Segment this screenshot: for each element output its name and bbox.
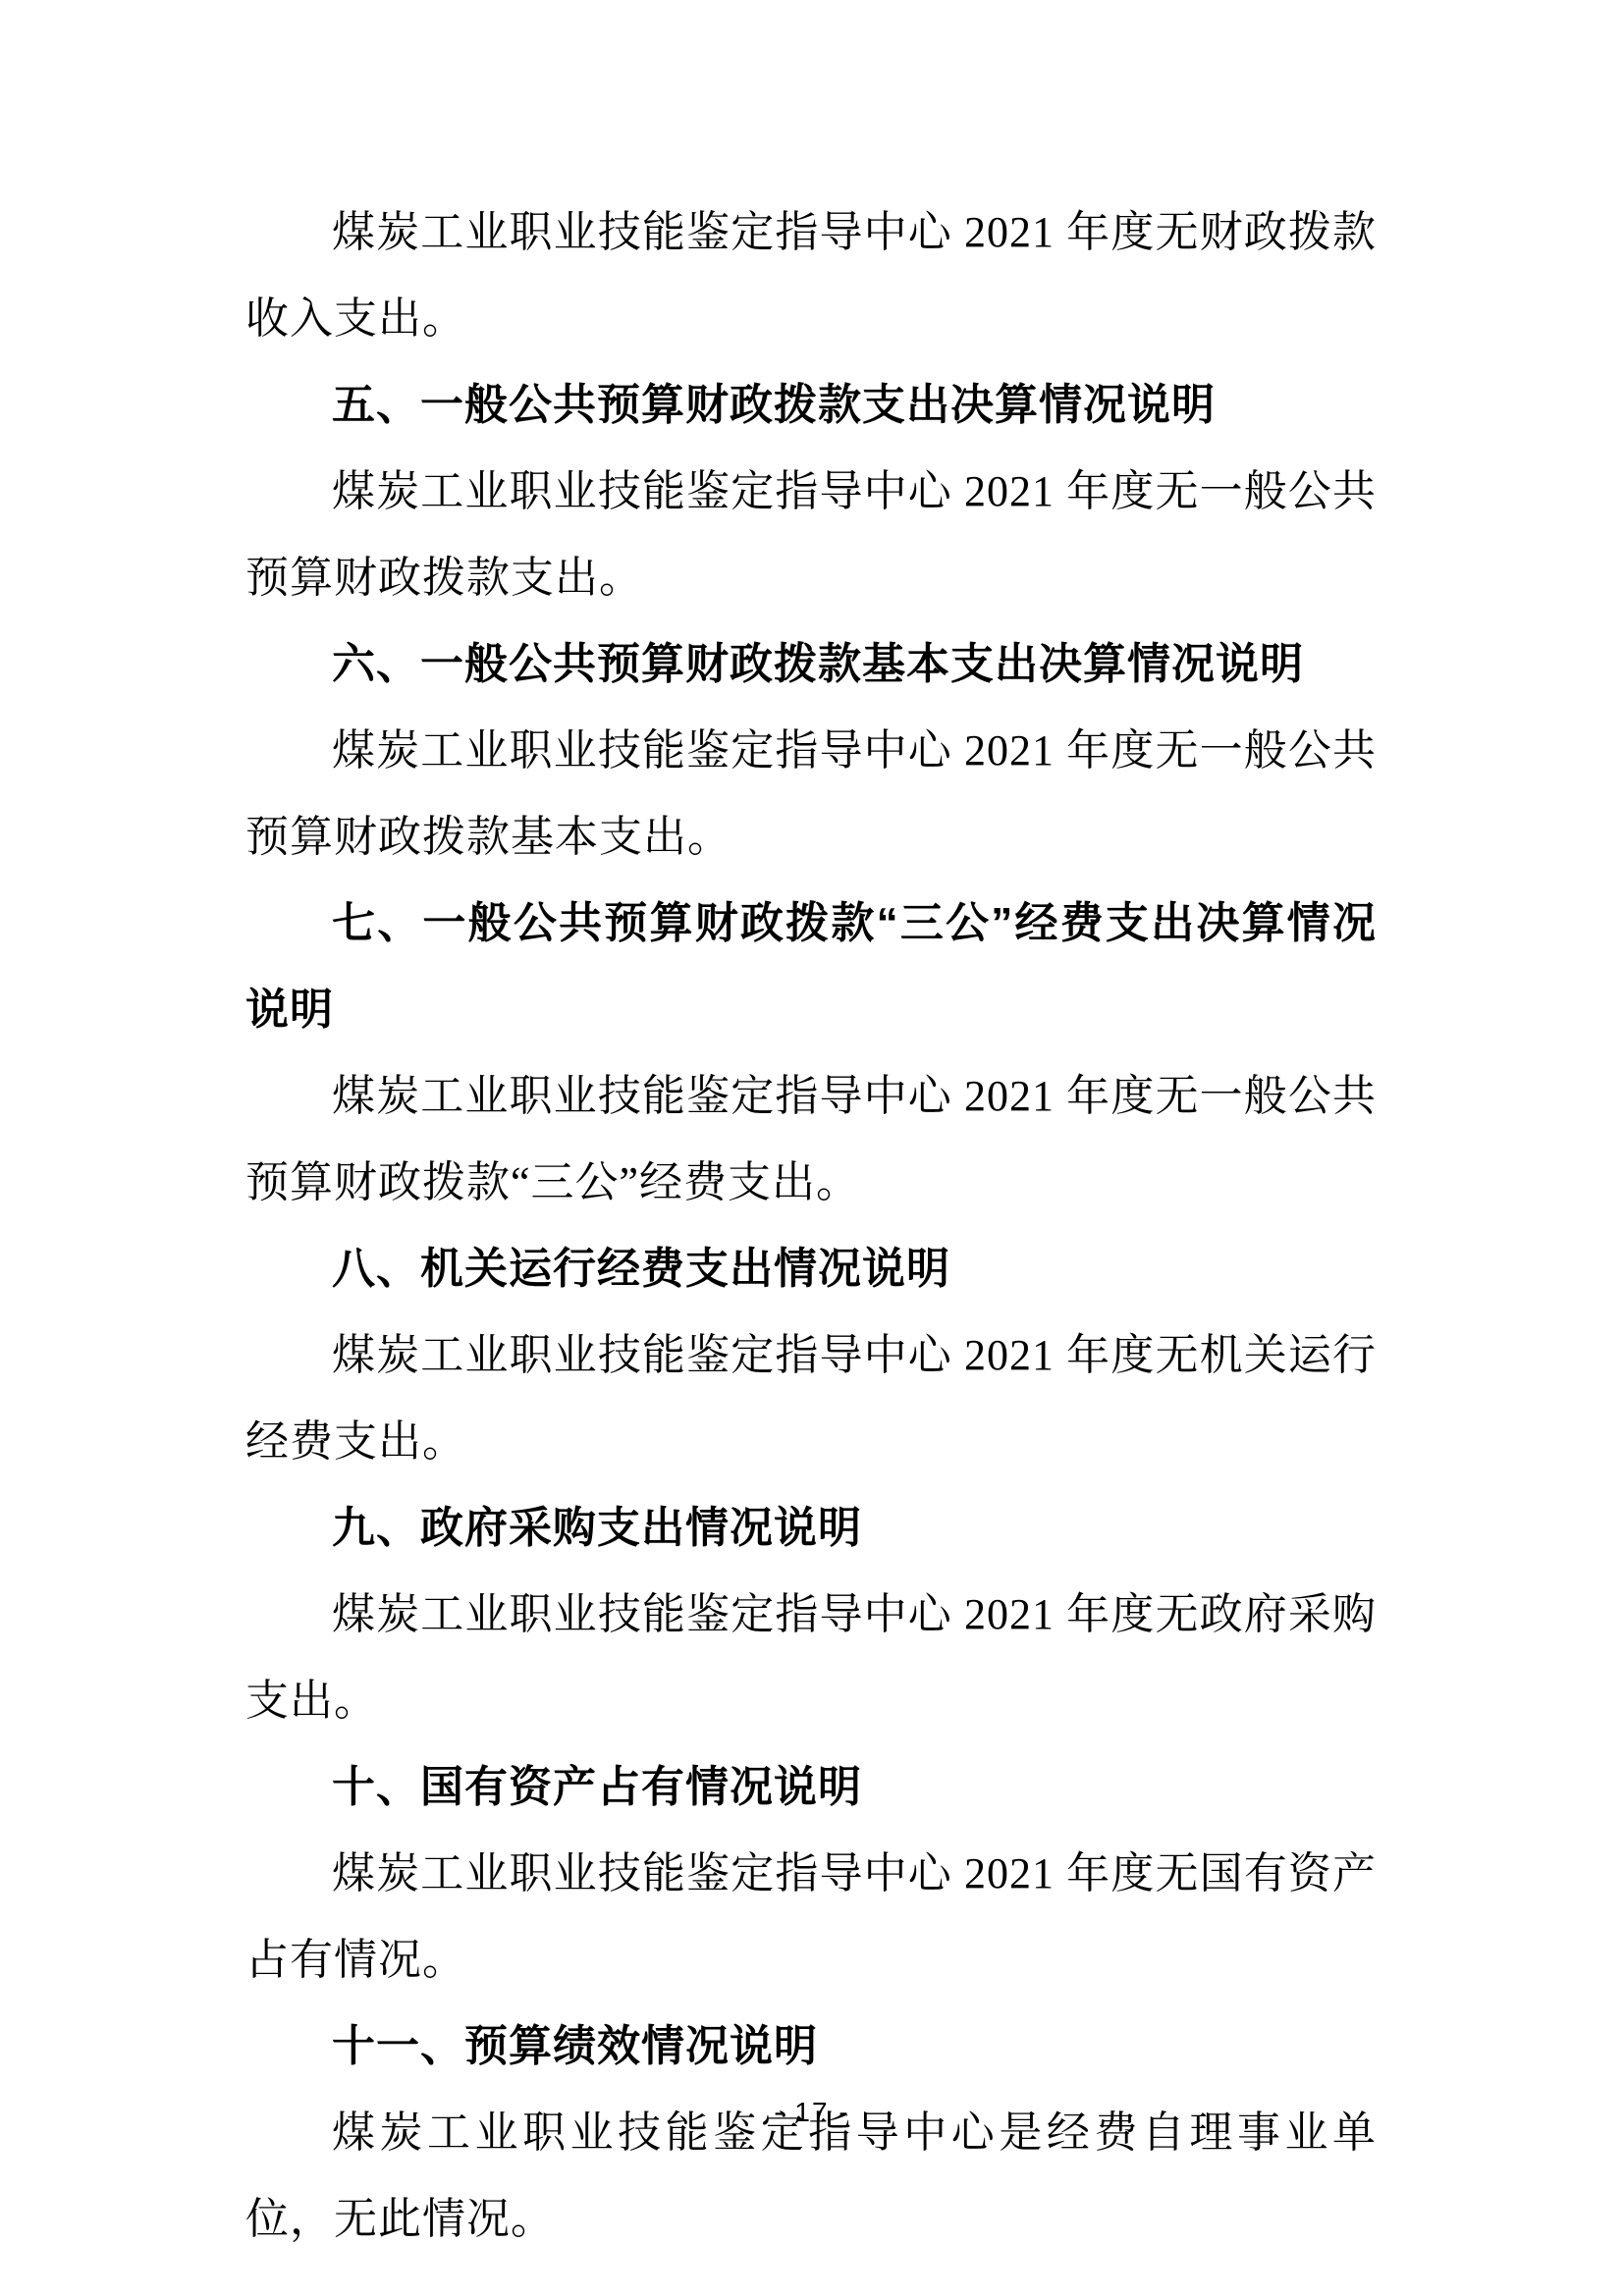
page-footer: - 17 -	[0, 2093, 1624, 2132]
paragraph: 煤炭工业职业技能鉴定指导中心 2021 年度无国有资产占有情况。	[245, 1831, 1377, 2003]
paragraph: 煤炭工业职业技能鉴定指导中心 2021 年度无财政拨款收入支出。	[245, 189, 1377, 362]
paragraph: 煤炭工业职业技能鉴定指导中心 2021 年度无一般公共预算财政拨款支出。	[245, 449, 1377, 621]
document-page: 煤炭工业职业技能鉴定指导中心 2021 年度无财政拨款收入支出。五、一般公共预算…	[0, 0, 1624, 2296]
paragraph: 煤炭工业职业技能鉴定指导中心 2021 年度无一般公共预算财政拨款基本支出。	[245, 708, 1377, 881]
section-heading: 十一、预算绩效情况说明	[245, 2003, 1377, 2090]
document-body: 煤炭工业职业技能鉴定指导中心 2021 年度无财政拨款收入支出。五、一般公共预算…	[245, 189, 1377, 2263]
section-heading: 七、一般公共预算财政拨款“三公”经费支出决算情况说明	[245, 881, 1377, 1053]
section-heading: 六、一般公共预算财政拨款基本支出决算情况说明	[245, 621, 1377, 708]
paragraph: 煤炭工业职业技能鉴定指导中心 2021 年度无一般公共预算财政拨款“三公”经费支…	[245, 1053, 1377, 1226]
section-heading: 八、机关运行经费支出情况说明	[245, 1226, 1377, 1312]
page-number: - 17 -	[774, 2097, 849, 2127]
section-heading: 十、国有资产占有情况说明	[245, 1744, 1377, 1831]
paragraph: 煤炭工业职业技能鉴定指导中心 2021 年度无机关运行经费支出。	[245, 1312, 1377, 1485]
paragraph: 煤炭工业职业技能鉴定指导中心 2021 年度无政府采购支出。	[245, 1572, 1377, 1744]
section-heading: 九、政府采购支出情况说明	[245, 1485, 1377, 1572]
section-heading: 五、一般公共预算财政拨款支出决算情况说明	[245, 362, 1377, 449]
